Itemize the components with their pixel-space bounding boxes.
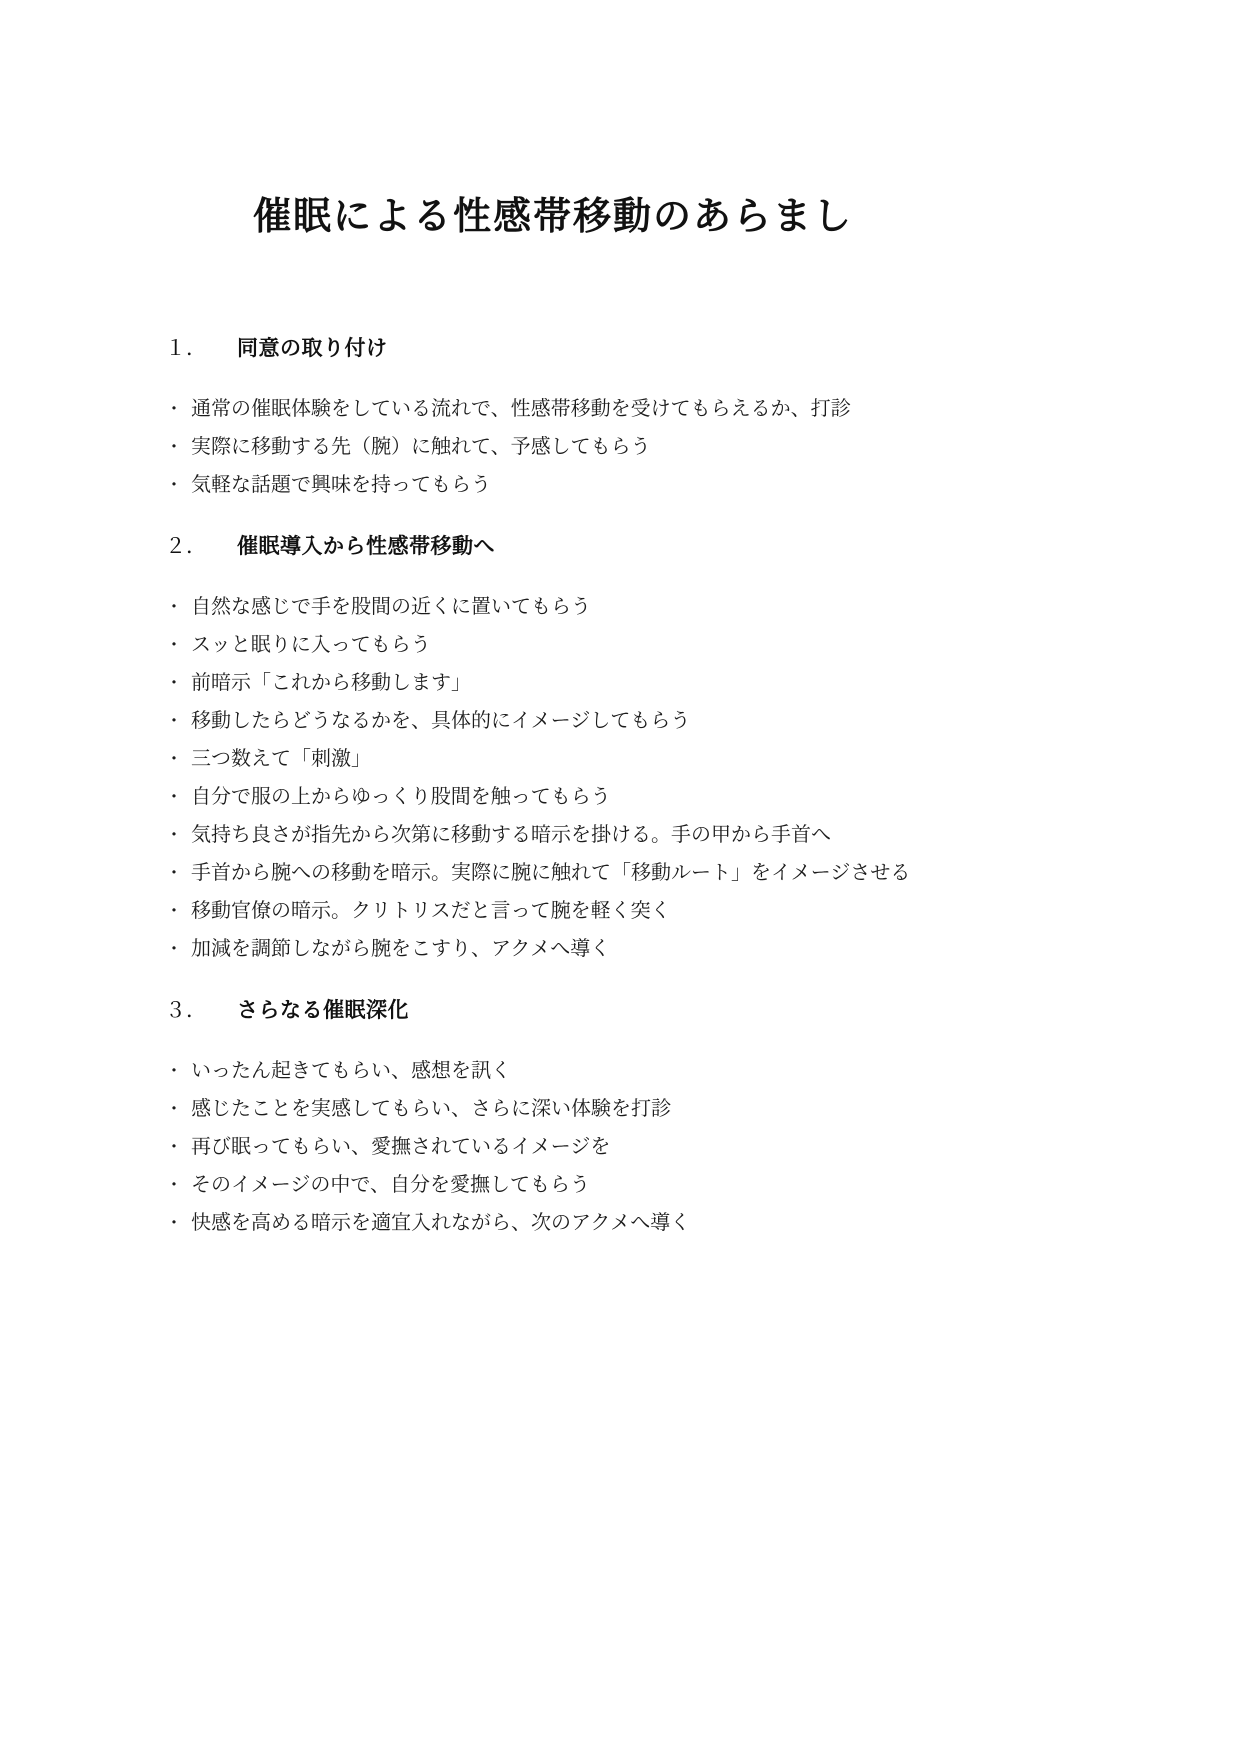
bullet-item: ・感じたことを実感してもらい、さらに深い体験を打診	[165, 1090, 1081, 1128]
bullet-item: ・手首から腕への移動を暗示。実際に腕に触れて「移動ルート」をイメージさせる	[165, 854, 1081, 892]
bullet-text: 加減を調節しながら腕をこすり、アクメへ導く	[191, 936, 610, 960]
bullet-text: 実際に移動する先（腕）に触れて、予感してもらう	[191, 434, 651, 458]
bullet-text: 自然な感じで手を股間の近くに置いてもらう	[191, 594, 591, 618]
bullet-text: いったん起きてもらい、感想を訊く	[191, 1058, 511, 1082]
bullet-marker: ・	[165, 931, 183, 968]
bullet-item: ・再び眠ってもらい、愛撫されているイメージを	[165, 1128, 1081, 1166]
bullet-item: ・移動したらどうなるかを、具体的にイメージしてもらう	[165, 702, 1081, 740]
bullet-text: 移動したらどうなるかを、具体的にイメージしてもらう	[191, 708, 690, 732]
section-title: さらなる催眠深化	[237, 998, 409, 1022]
bullet-text: スッと眠りに入ってもらう	[191, 632, 431, 656]
bullet-marker: ・	[165, 1167, 183, 1204]
section-number: １．	[165, 330, 237, 366]
bullet-text: 通常の催眠体験をしている流れで、性感帯移動を受けてもらえるか、打診	[191, 396, 851, 420]
bullet-marker: ・	[165, 1091, 183, 1128]
bullet-text: 気軽な話題で興味を持ってもらう	[191, 472, 491, 496]
bullet-marker: ・	[165, 1129, 183, 1166]
section-2-heading: ２．催眠導入から性感帯移動へ	[165, 528, 1081, 564]
bullet-marker: ・	[165, 665, 183, 702]
bullet-item: ・気持ち良さが指先から次第に移動する暗示を掛ける。手の甲から手首へ	[165, 816, 1081, 854]
bullet-item: ・自分で服の上からゆっくり股間を触ってもらう	[165, 778, 1081, 816]
bullet-list: ・通常の催眠体験をしている流れで、性感帯移動を受けてもらえるか、打診 ・実際に移…	[165, 390, 1081, 504]
bullet-text: 手首から腕への移動を暗示。実際に腕に触れて「移動ルート」をイメージさせる	[191, 860, 910, 884]
section-2: ２．催眠導入から性感帯移動へ ・自然な感じで手を股間の近くに置いてもらう ・スッ…	[165, 528, 1081, 968]
section-3: ３．さらなる催眠深化 ・いったん起きてもらい、感想を訊く ・感じたことを実感して…	[165, 992, 1081, 1242]
bullet-item: ・そのイメージの中で、自分を愛撫してもらう	[165, 1166, 1081, 1204]
bullet-item: ・実際に移動する先（腕）に触れて、予感してもらう	[165, 428, 1081, 466]
bullet-list: ・いったん起きてもらい、感想を訊く ・感じたことを実感してもらい、さらに深い体験…	[165, 1052, 1081, 1242]
bullet-item: ・快感を高める暗示を適宜入れながら、次のアクメへ導く	[165, 1204, 1081, 1242]
document-title: 催眠による性感帯移動のあらまし	[165, 190, 1081, 242]
bullet-marker: ・	[165, 1205, 183, 1242]
bullet-item: ・スッと眠りに入ってもらう	[165, 626, 1081, 664]
bullet-text: 快感を高める暗示を適宜入れながら、次のアクメへ導く	[191, 1210, 690, 1234]
section-title: 同意の取り付け	[237, 336, 388, 360]
bullet-item: ・自然な感じで手を股間の近くに置いてもらう	[165, 588, 1081, 626]
document-page: 催眠による性感帯移動のあらまし １．同意の取り付け ・通常の催眠体験をしている流…	[0, 0, 1241, 1755]
bullet-marker: ・	[165, 391, 183, 428]
bullet-text: 感じたことを実感してもらい、さらに深い体験を打診	[191, 1096, 671, 1120]
bullet-item: ・いったん起きてもらい、感想を訊く	[165, 1052, 1081, 1090]
section-1: １．同意の取り付け ・通常の催眠体験をしている流れで、性感帯移動を受けてもらえる…	[165, 330, 1081, 504]
bullet-text: 三つ数えて「刺激」	[191, 746, 371, 770]
bullet-text: 再び眠ってもらい、愛撫されているイメージを	[191, 1134, 610, 1158]
bullet-marker: ・	[165, 855, 183, 892]
bullet-marker: ・	[165, 779, 183, 816]
bullet-text: 前暗示「これから移動します」	[191, 670, 471, 694]
section-3-heading: ３．さらなる催眠深化	[165, 992, 1081, 1028]
bullet-marker: ・	[165, 589, 183, 626]
bullet-item: ・移動官僚の暗示。クリトリスだと言って腕を軽く突く	[165, 892, 1081, 930]
bullet-item: ・気軽な話題で興味を持ってもらう	[165, 466, 1081, 504]
bullet-marker: ・	[165, 741, 183, 778]
section-number: ２．	[165, 528, 237, 564]
bullet-list: ・自然な感じで手を股間の近くに置いてもらう ・スッと眠りに入ってもらう ・前暗示…	[165, 588, 1081, 968]
bullet-item: ・加減を調節しながら腕をこすり、アクメへ導く	[165, 930, 1081, 968]
bullet-text: そのイメージの中で、自分を愛撫してもらう	[191, 1172, 590, 1196]
bullet-text: 気持ち良さが指先から次第に移動する暗示を掛ける。手の甲から手首へ	[191, 822, 831, 846]
bullet-marker: ・	[165, 817, 183, 854]
section-title: 催眠導入から性感帯移動へ	[237, 534, 495, 558]
bullet-marker: ・	[165, 893, 183, 930]
bullet-marker: ・	[165, 627, 183, 664]
bullet-item: ・三つ数えて「刺激」	[165, 740, 1081, 778]
section-number: ３．	[165, 992, 237, 1028]
bullet-marker: ・	[165, 429, 183, 466]
bullet-item: ・通常の催眠体験をしている流れで、性感帯移動を受けてもらえるか、打診	[165, 390, 1081, 428]
section-1-heading: １．同意の取り付け	[165, 330, 1081, 366]
bullet-marker: ・	[165, 1053, 183, 1090]
bullet-item: ・前暗示「これから移動します」	[165, 664, 1081, 702]
bullet-text: 移動官僚の暗示。クリトリスだと言って腕を軽く突く	[191, 898, 671, 922]
bullet-marker: ・	[165, 703, 183, 740]
bullet-marker: ・	[165, 467, 183, 504]
bullet-text: 自分で服の上からゆっくり股間を触ってもらう	[191, 784, 611, 808]
